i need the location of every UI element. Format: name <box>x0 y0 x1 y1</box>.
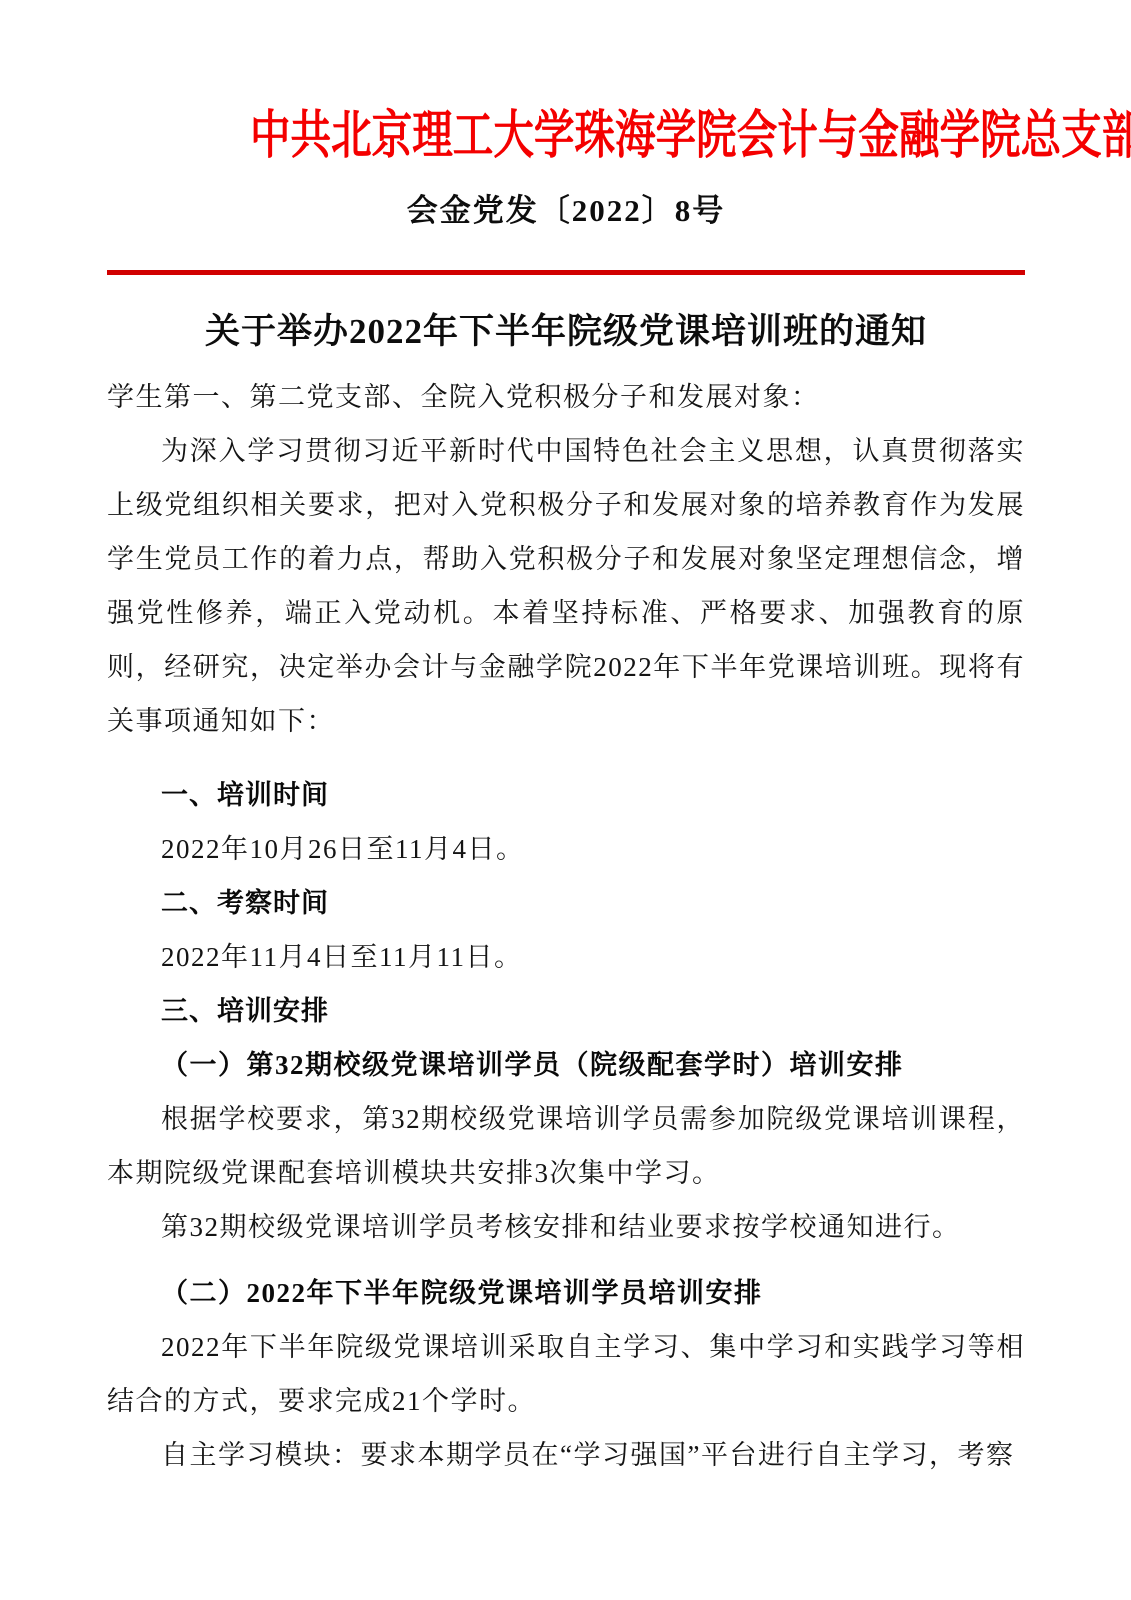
body-salutation: 学生第一、第二党支部、全院入党积极分子和发展对象： <box>107 370 1025 424</box>
document-body: 学生第一、第二党支部、全院入党积极分子和发展对象：为深入学习贯彻习近平新时代中国… <box>107 370 1025 1482</box>
body-paragraph: 根据学校要求，第32期校级党课培训学员需参加院级党课培训课程，本期院级党课配套培… <box>107 1092 1025 1200</box>
document-number: 会金党发〔2022〕8号 <box>107 192 1025 230</box>
section-heading: 三、培训安排 <box>107 984 1025 1038</box>
org-title: 中共北京理工大学珠海学院会计与金融学院总支部委员会 <box>250 106 1131 168</box>
body-paragraph: 第32期校级党课培训学员考核安排和结业要求按学校通知进行。 <box>107 1200 1025 1254</box>
subsection-heading: （二）2022年下半年院级党课培训学员培训安排 <box>107 1266 1025 1320</box>
document-page: 中共北京理工大学珠海学院会计与金融学院总支部委员会 会金党发〔2022〕8号 关… <box>0 0 1131 1600</box>
body-paragraph: 自主学习模块：要求本期学员在“学习强国”平台进行自主学习，考察 <box>107 1428 1025 1482</box>
body-paragraph: 2022年下半年院级党课培训采取自主学习、集中学习和实践学习等相结合的方式，要求… <box>107 1320 1025 1428</box>
document-title: 关于举办2022年下半年院级党课培训班的通知 <box>107 309 1025 355</box>
document-header: 中共北京理工大学珠海学院会计与金融学院总支部委员会 <box>107 106 1025 168</box>
red-separator-rule <box>107 270 1025 275</box>
section-heading: 二、考察时间 <box>107 876 1025 930</box>
body-paragraph: 2022年10月26日至11月4日。 <box>107 822 1025 876</box>
subsection-heading: （一）第32期校级党课培训学员（院级配套学时）培训安排 <box>107 1038 1025 1092</box>
body-paragraph: 2022年11月4日至11月11日。 <box>107 930 1025 984</box>
body-paragraph: 为深入学习贯彻习近平新时代中国特色社会主义思想，认真贯彻落实上级党组织相关要求，… <box>107 424 1025 748</box>
section-heading: 一、培训时间 <box>107 768 1025 822</box>
